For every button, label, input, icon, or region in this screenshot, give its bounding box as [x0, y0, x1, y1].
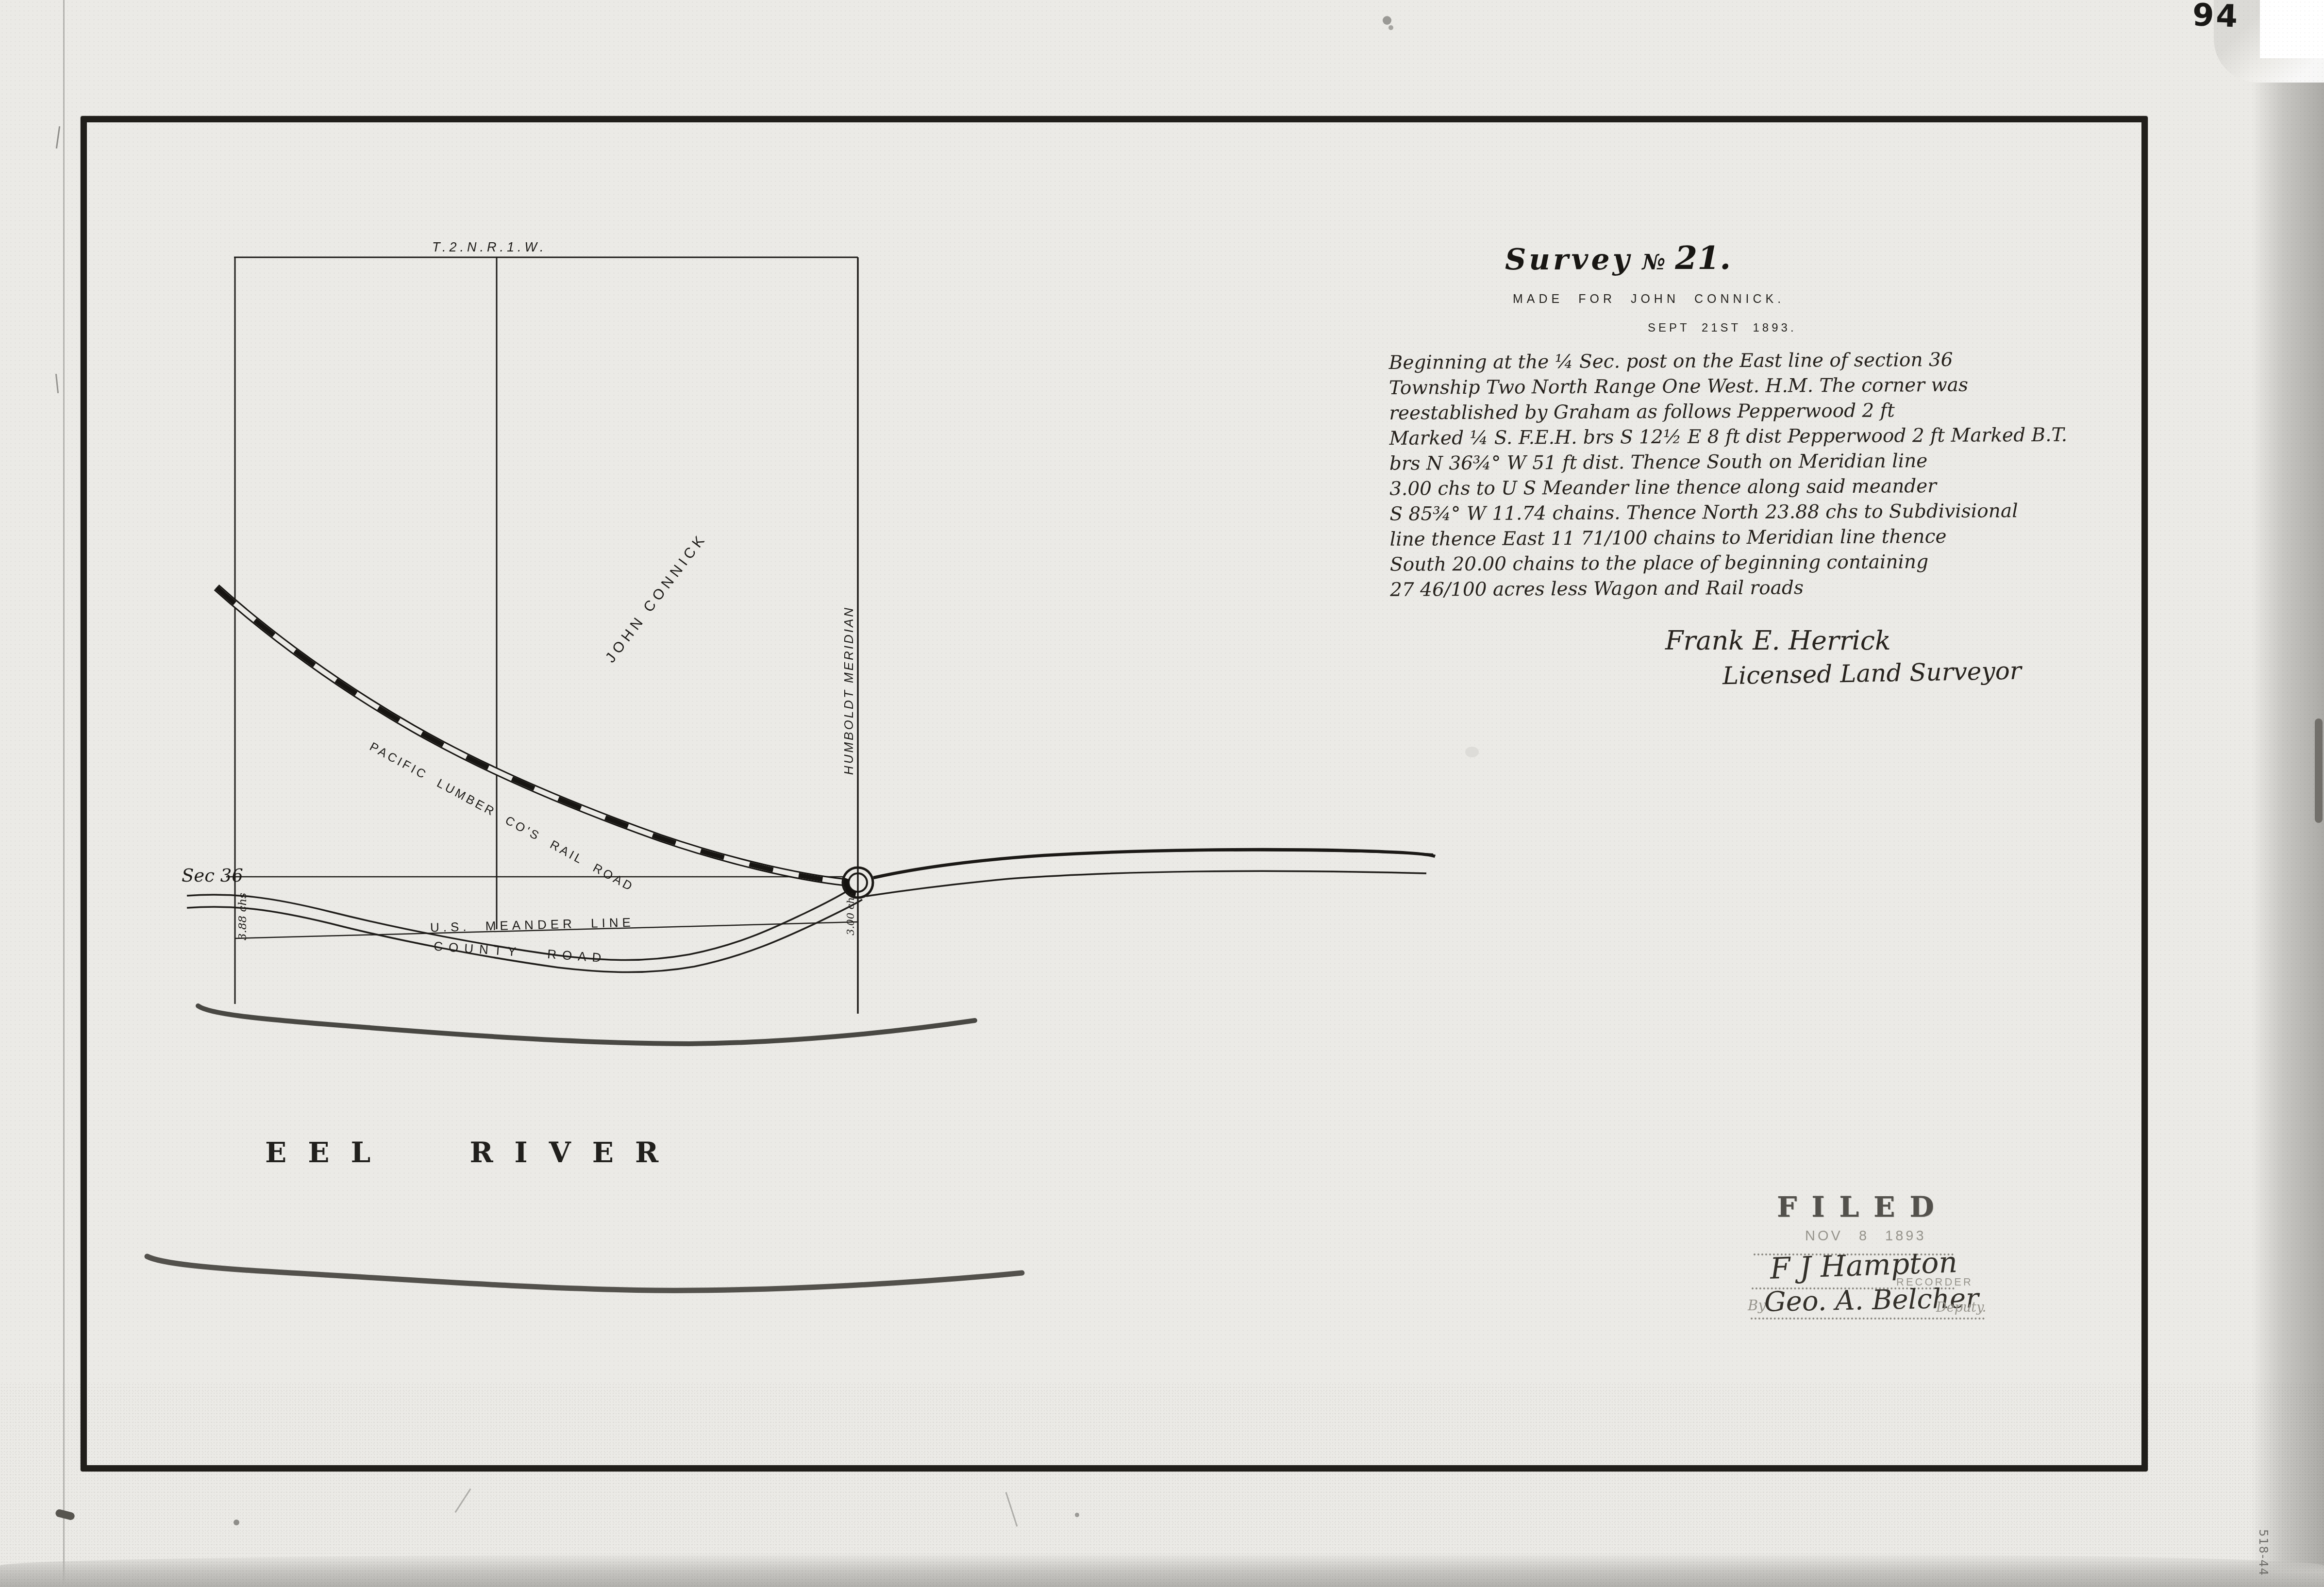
notes-line-4: Marked ¼ S. F.E.H. brs S 12½ E 8 ft dist… — [1389, 422, 2107, 451]
scanned-survey-page: T.2.N.R.1.W. JOHN CONNICK HUMBOLDT MERID… — [0, 0, 2324, 1587]
notes-line-5: brs N 36¾° W 51 ft dist. Thence South on… — [1389, 448, 2108, 477]
eel-river-label: EEL RIVER — [265, 1136, 680, 1169]
page-number: 94 — [2192, 0, 2240, 35]
distance-3-00-chains: 3.00 chs — [845, 892, 856, 935]
notes-line-1: Beginning at the ¼ Sec. post on the East… — [1389, 347, 2107, 376]
notes-line-3: reestablished by Graham as follows Peppe… — [1389, 397, 2107, 426]
survey-number: 21. — [1675, 239, 1731, 277]
survey-date-line: SEPT 21ST 1893. — [1648, 321, 1797, 335]
section-36-label: Sec 36 — [182, 865, 243, 886]
surveyor-title: Licensed Land Surveyor — [1722, 657, 2022, 690]
by-stamp: By — [1748, 1297, 1766, 1314]
humboldt-meridian-label: HUMBOLDT MERIDIAN — [841, 606, 856, 775]
surveyor-signature: Frank E. Herrick — [1665, 625, 1891, 656]
county-road-continuation — [866, 871, 1426, 896]
filed-stamp: FILED — [1777, 1190, 1949, 1223]
railroad-continuation — [873, 850, 1435, 878]
county-road-south-edge — [187, 900, 862, 972]
notes-line-8: line thence East 11 71/100 chains to Mer… — [1390, 523, 2108, 552]
survey-word: Survey — [1505, 243, 1632, 277]
filed-date-stamp: NOV 8 1893 — [1805, 1228, 1926, 1244]
notes-line-9: South 20.00 chains to the place of begin… — [1390, 549, 2108, 578]
plat-map-linework — [0, 0, 2324, 1587]
deputy-rule — [1751, 1318, 1985, 1320]
township-range-label: T.2.N.R.1.W. — [432, 240, 547, 255]
deputy-title-stamp: Deputy. — [1936, 1300, 1986, 1315]
survey-field-notes: Beginning at the ¼ Sec. post on the East… — [1389, 347, 2109, 603]
notes-line-7: S 85¾° W 11.74 chains. Thence North 23.8… — [1389, 498, 2108, 527]
archive-code: 518-44 — [2257, 1529, 2270, 1576]
survey-number-sign: № — [1642, 250, 1665, 277]
notes-line-6: 3.00 chs to U S Meander line thence alon… — [1389, 473, 2108, 502]
notes-line-2: Township Two North Range One West. H.M. … — [1389, 372, 2107, 401]
eel-river-south-bank — [147, 1256, 1022, 1290]
notes-line-10: 27 46/100 acres less Wagon and Rail road… — [1390, 574, 2108, 603]
survey-title: Survey № 21. — [1505, 239, 1731, 277]
distance-3-88-chains: 3.88 chs — [236, 893, 249, 940]
made-for-line: MADE FOR JOHN CONNICK. — [1513, 292, 1785, 306]
